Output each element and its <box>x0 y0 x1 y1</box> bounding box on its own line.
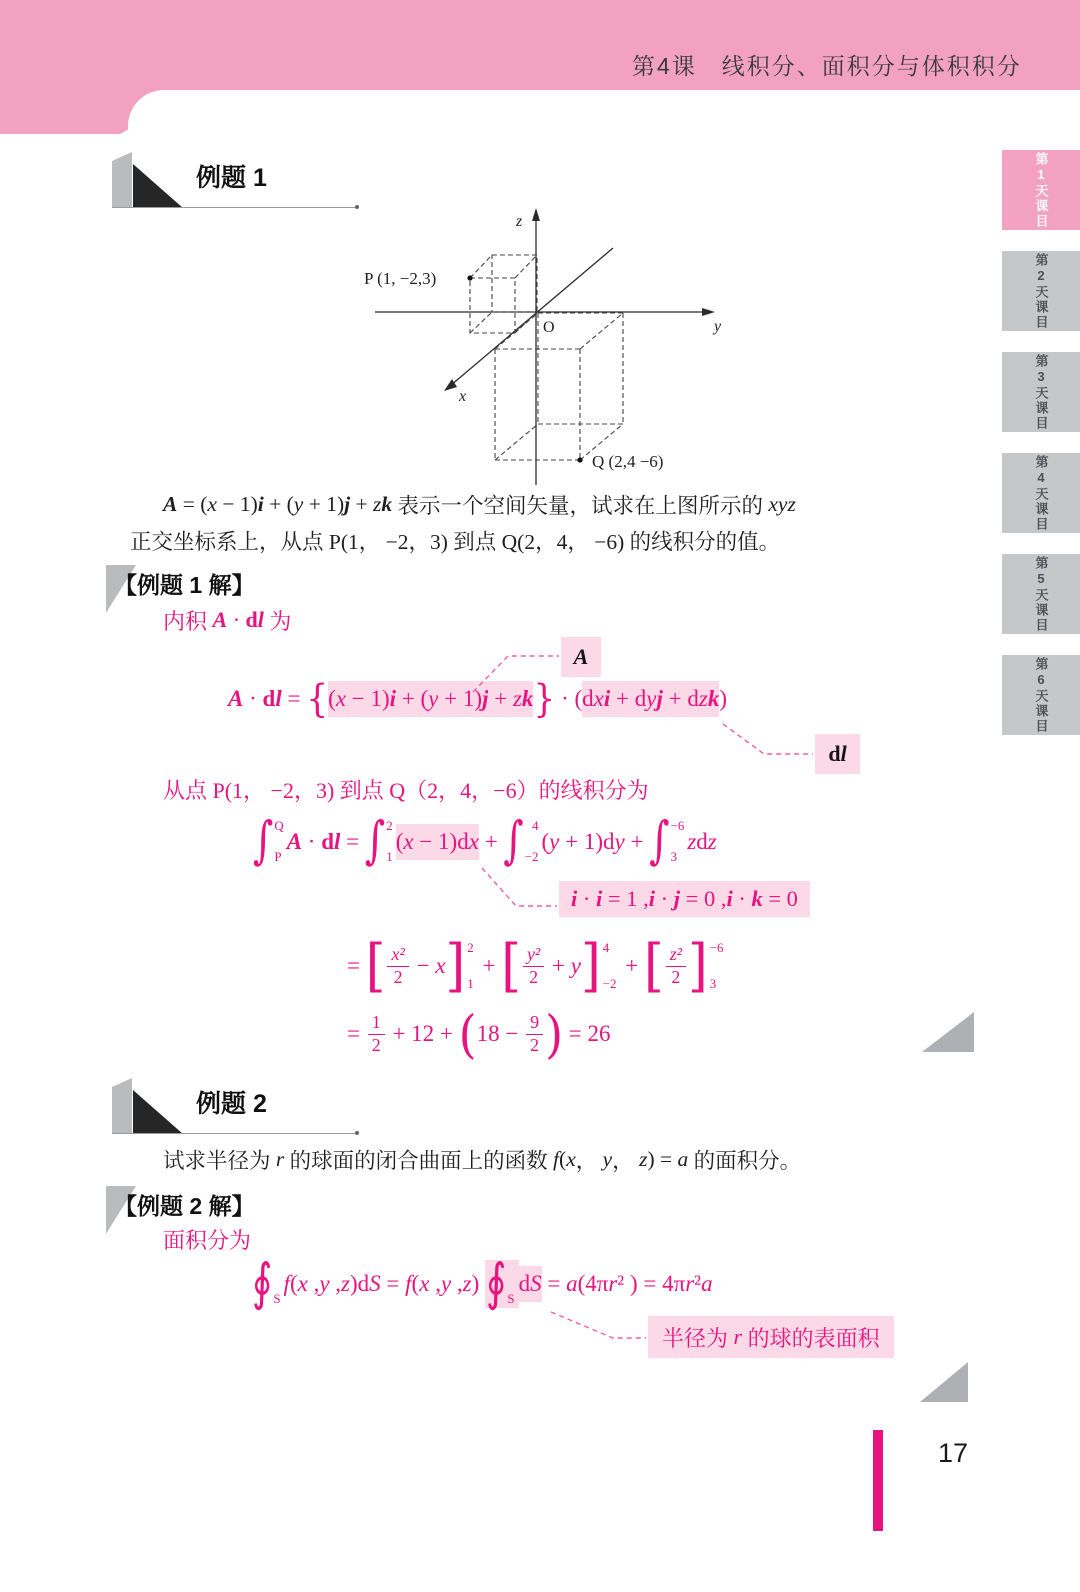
example2-problem: 试求半径为 r 的球面的闭合曲面上的函数 f(x， y， z) = a 的面积分… <box>163 1142 801 1176</box>
example2-lead: 面积分为 <box>163 1222 251 1256</box>
example1-triangle-icon <box>133 164 183 208</box>
callout-sphere-surface-area: 半径为 r 的球的表面积 <box>648 1316 894 1358</box>
point-q-label: Q (2,4 −6) <box>592 452 663 471</box>
content-panel-corner <box>128 90 1080 146</box>
origin-label: O <box>543 319 555 336</box>
example1-title: 例题 1 <box>196 158 267 194</box>
example1-problem-line2: 正交坐标系上，从点 P(1， −2，3) 到点 Q(2，4， −6) 的线积分的… <box>130 523 780 557</box>
chapter-title: 第4课 线积分、面积分与体积积分 <box>632 48 1022 81</box>
page-number: 17 <box>938 1438 968 1469</box>
point-p-label: P (1, −2,3) <box>364 269 436 288</box>
unit-vector-identity-box: i · i = 1 ,i · j = 0 ,i · k = 0 <box>559 881 810 917</box>
example1-problem-line1: A = (x − 1)i + (y + 1)j + zk 表示一个空间矢量，试求… <box>163 487 796 521</box>
callout-vector-dl: dl <box>815 734 860 774</box>
example1-solution-header: 【例题 1 解】 <box>114 567 255 600</box>
z-axis-label: z <box>515 213 523 230</box>
sidebar-tab-day1[interactable]: 第1天课目 <box>1002 150 1080 230</box>
sidebar-tab-day5[interactable]: 第5天课目 <box>1002 554 1080 634</box>
sidebar-tab-day2[interactable]: 第2天课目 <box>1002 251 1080 331</box>
example1-rule <box>112 207 357 208</box>
example1-line-from: 从点 P(1， −2，3) 到点 Q（2，4，−6）的线积分为 <box>163 772 649 806</box>
example2-solution-header: 【例题 2 解】 <box>114 1188 255 1221</box>
footer-accent-bar <box>873 1430 883 1531</box>
dot-product-formula: A · dl = {(x − 1)i + (y + 1)j + zk} · (d… <box>228 674 727 724</box>
book-page: 第4课 线积分、面积分与体积积分 第1天课目第2天课目第3天课目第4天课目第5天… <box>0 0 1080 1592</box>
surface-integral-formula: ∮Sf(x ,y ,z)dS = f(x ,y ,z) ∮SdS = a(4πr… <box>252 1254 713 1314</box>
example2-triangle-icon <box>133 1090 183 1134</box>
example2-strip-icon <box>112 1078 132 1134</box>
result-formula: = 12 + 12 + (18 − 92) = 26 <box>347 1006 611 1062</box>
example1-strip-icon <box>112 152 132 208</box>
point-p-dot <box>467 275 472 280</box>
section-corner-triangle-2 <box>920 1362 968 1402</box>
point-q-dot <box>577 457 582 462</box>
xyz-coordinate-diagram: z y x O P (1, −2,3) Q (2,4 −6) <box>360 200 735 492</box>
sidebar-tab-day4[interactable]: 第4天课目 <box>1002 453 1080 533</box>
x-axis-label: x <box>458 388 466 405</box>
example2-rule <box>112 1133 357 1134</box>
example1-lead: 内积 A · dl 为 <box>163 603 291 637</box>
y-axis-label: y <box>712 318 722 335</box>
line-integral-formula: ∫QPA · dl = ∫21(x − 1)dx + ∫4−2(y + 1)dy… <box>253 814 717 870</box>
section-corner-triangle-1 <box>922 1012 974 1052</box>
bracket-evaluation-formula: = [x²2 − x]21 + [y²2 + y]4−2 + [z²2]−63 <box>347 934 727 998</box>
sidebar-tab-day3[interactable]: 第3天课目 <box>1002 352 1080 432</box>
sidebar-tab-day6[interactable]: 第6天课目 <box>1002 655 1080 735</box>
callout-vector-a: A <box>561 637 601 677</box>
example2-title: 例题 2 <box>196 1084 267 1120</box>
